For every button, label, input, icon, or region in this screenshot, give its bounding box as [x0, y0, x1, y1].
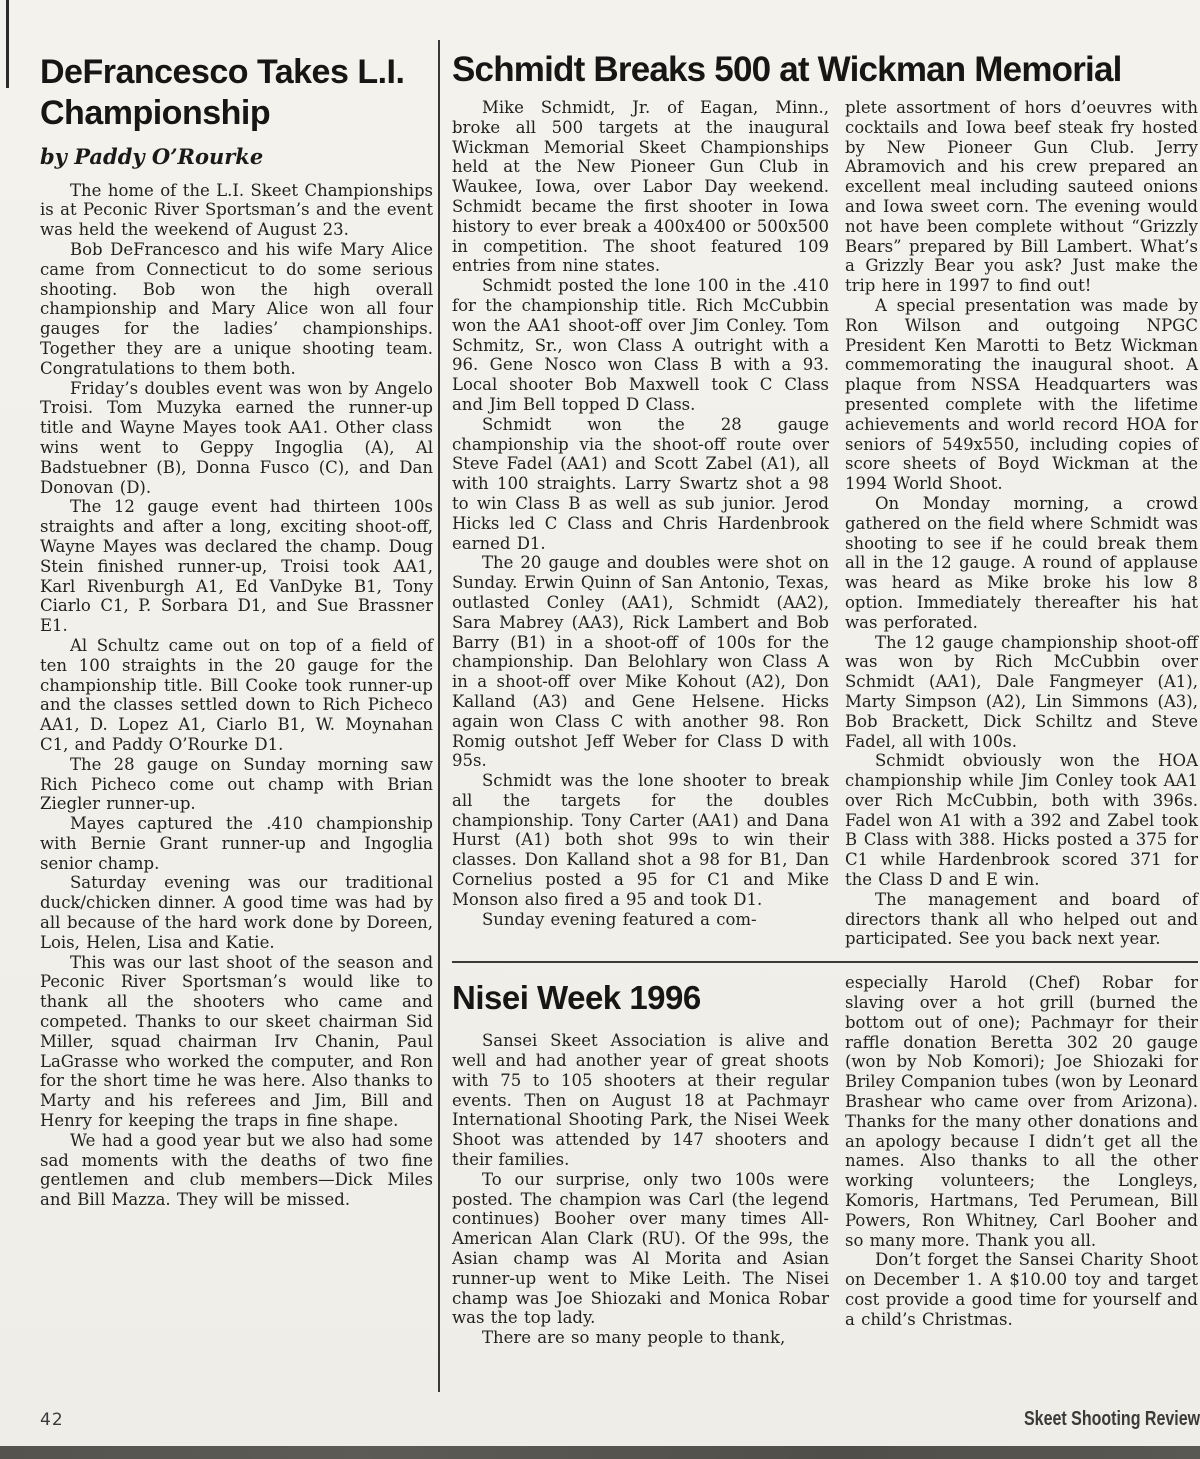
paragraph: especially Harold (Chef) Robar for slavi… — [845, 973, 1198, 1250]
paragraph: The management and board of directors th… — [845, 890, 1198, 949]
paragraph: Bob DeFrancesco and his wife Mary Alice … — [40, 240, 433, 379]
paragraph: To our surprise, only two 100s were post… — [452, 1170, 829, 1328]
paragraph: Mike Schmidt, Jr. of Eagan, Minn., broke… — [452, 98, 829, 276]
paragraph: Mayes captured the .410 championship wit… — [40, 814, 433, 873]
schmidt-article-title: Schmidt Breaks 500 at Wickman Memorial — [452, 50, 1198, 90]
paragraph: Don’t forget the Sansei Charity Shoot on… — [845, 1250, 1198, 1329]
schmidt-article-column-1: Mike Schmidt, Jr. of Eagan, Minn., broke… — [452, 98, 829, 949]
paragraph: Al Schultz came out on top of a field of… — [40, 636, 433, 755]
schmidt-article-columns: Mike Schmidt, Jr. of Eagan, Minn., broke… — [452, 98, 1198, 949]
nisei-article-column-1: Nisei Week 1996 Sansei Skeet Association… — [452, 973, 829, 1348]
paragraph: Sansei Skeet Association is alive and we… — [452, 1031, 829, 1170]
paragraph: The 12 gauge championship shoot-off was … — [845, 633, 1198, 752]
magazine-page: DeFrancesco Takes L.I. Championship by P… — [0, 0, 1200, 1459]
paragraph: Schmidt was the lone shooter to break al… — [452, 771, 829, 910]
paragraph: Sunday evening featured a com- — [452, 910, 829, 930]
defrancesco-article: DeFrancesco Takes L.I. Championship by P… — [40, 52, 433, 1210]
nisei-article-title: Nisei Week 1996 — [452, 979, 829, 1017]
paragraph: We had a good year but we also had some … — [40, 1131, 433, 1210]
paragraph: Schmidt posted the lone 100 in the .410 … — [452, 276, 829, 415]
nisei-article-columns: Nisei Week 1996 Sansei Skeet Association… — [452, 973, 1198, 1348]
section-divider-rule — [452, 961, 1198, 963]
defrancesco-article-title: DeFrancesco Takes L.I. Championship — [40, 52, 410, 134]
paragraph: The 20 gauge and doubles were shot on Su… — [452, 553, 829, 771]
paragraph: On Monday morning, a crowd gathered on t… — [845, 494, 1198, 633]
page-footer: 42 Skeet Shooting Review — [40, 1408, 1200, 1431]
paragraph: Schmidt obviously won the HOA championsh… — [845, 751, 1198, 890]
publication-name: Skeet Shooting Review — [1024, 1408, 1200, 1431]
right-page-area: Schmidt Breaks 500 at Wickman Memorial M… — [452, 50, 1198, 1348]
paragraph: The 12 gauge event had thirteen 100s str… — [40, 497, 433, 636]
paragraph: A special presentation was made by Ron W… — [845, 296, 1198, 494]
paragraph: Saturday evening was our traditional duc… — [40, 873, 433, 952]
schmidt-article-column-2: plete assortment of hors d’oeuvres with … — [845, 98, 1198, 949]
defrancesco-article-byline: by Paddy O’Rourke — [40, 144, 433, 169]
nisei-article-column-2: especially Harold (Chef) Robar for slavi… — [845, 973, 1198, 1348]
paragraph: There are so many people to thank, — [452, 1328, 829, 1348]
paragraph: This was our last shoot of the season an… — [40, 953, 433, 1131]
nisei-article-body: Sansei Skeet Association is alive and we… — [452, 1031, 829, 1348]
paragraph: plete assortment of hors d’oeuvres with … — [845, 98, 1198, 296]
paragraph: The home of the L.I. Skeet Championships… — [40, 181, 433, 240]
paragraph: Schmidt won the 28 gauge championship vi… — [452, 415, 829, 554]
scan-bottom-bar — [0, 1446, 1200, 1459]
scan-edge-mark — [6, 0, 9, 88]
paragraph: Friday’s doubles event was won by Angelo… — [40, 379, 433, 498]
paragraph: The 28 gauge on Sunday morning saw Rich … — [40, 755, 433, 814]
page-number: 42 — [40, 1410, 64, 1430]
defrancesco-article-body: The home of the L.I. Skeet Championships… — [40, 181, 433, 1210]
column-divider-rule — [438, 40, 440, 1392]
